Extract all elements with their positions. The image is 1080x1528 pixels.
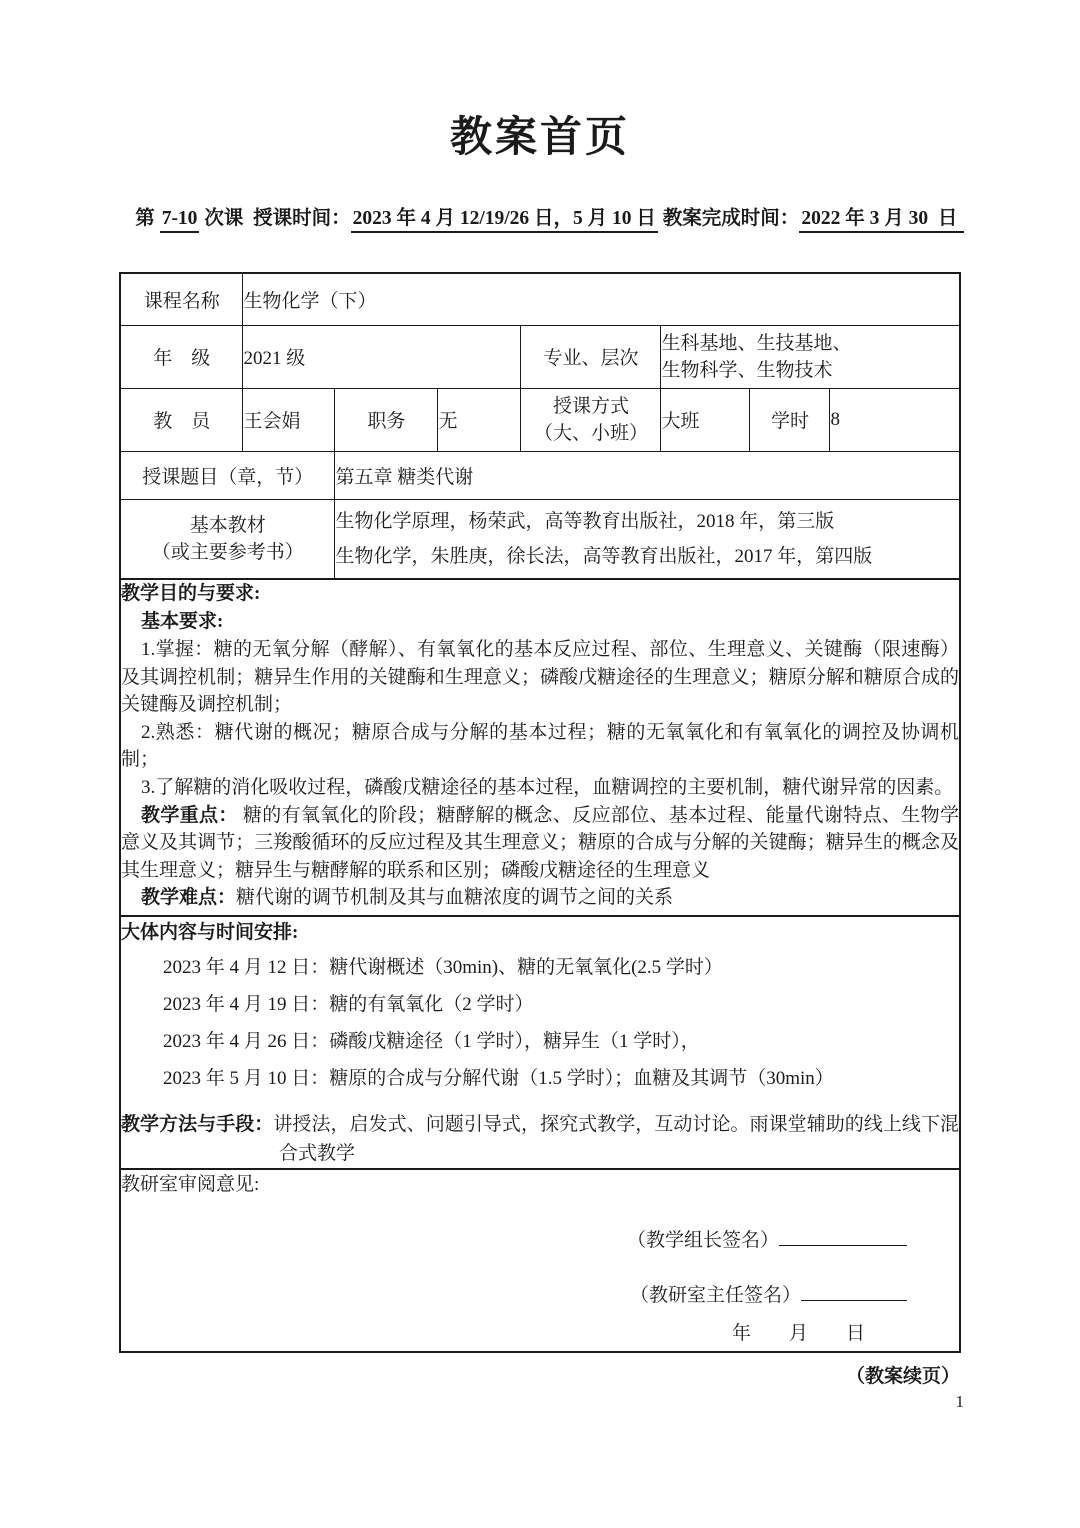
textbook-label: 基本教材 （或主要参考书） bbox=[120, 499, 335, 579]
session-prefix: 第 bbox=[135, 208, 159, 229]
session-info-line: 第 7-10 次课 授课时间：2023 年 4 月 12/19/26 日，5 月… bbox=[0, 180, 1080, 252]
schedule-line: 2023 年 4 月 26 日：磷酸戊糖途径（1 学时），糖异生（1 学时）， bbox=[121, 1023, 959, 1060]
teacher-value: 王会娟 bbox=[243, 388, 335, 451]
director-signature-underline bbox=[801, 1279, 907, 1301]
topic-value: 第五章 糖类代谢 bbox=[335, 451, 960, 499]
major-value: 生科基地、生技基地、 生物科学、生物技术 bbox=[661, 325, 960, 388]
teaching-methods-label: 教学方法与手段： bbox=[121, 1114, 273, 1135]
grade-value: 2021 级 bbox=[243, 325, 521, 388]
key-points: 教学重点： 糖的有氧氧化的阶段；糖酵解的概念、反应部位、基本过程、能量代谢特点、… bbox=[121, 802, 959, 885]
teaching-methods: 教学方法与手段：讲授法，启发式、问题引导式，探究式教学，互动讨论。雨课堂辅助的线… bbox=[121, 1110, 959, 1168]
objective-item: 2.熟悉：糖代谢的概况；糖原合成与分解的基本过程；糖的无氧氧化和有氧氧化的调控及… bbox=[121, 719, 959, 774]
teacher-label: 教 员 bbox=[120, 388, 243, 451]
review-cell: 教研室审阅意见: （教学组长签名） （教研室主任签名） 年 月 日 bbox=[120, 1169, 960, 1352]
schedule-line: 2023 年 5 月 10 日：糖原的合成与分解代谢（1.5 学时）；血糖及其调… bbox=[121, 1060, 959, 1097]
grade-label: 年 级 bbox=[120, 325, 243, 388]
review-section-row: 教研室审阅意见: （教学组长签名） （教研室主任签名） 年 月 日 bbox=[120, 1169, 960, 1352]
signature-block: （教学组长签名） （教研室主任签名） 年 月 日 bbox=[121, 1224, 959, 1348]
completion-time-value: 2022 年 3 月 30 日 bbox=[799, 208, 964, 233]
difficulties-label: 教学难点： bbox=[141, 887, 236, 908]
sign-date-line: 年 月 日 bbox=[121, 1320, 907, 1348]
teaching-time-value: 2023 年 4 月 12/19/26 日，5 月 10 日 bbox=[351, 208, 658, 233]
objectives-section-row: 教学目的与要求: 基本要求: 1.掌握：糖的无氧分解（酵解）、有氧氧化的基本反应… bbox=[120, 579, 960, 916]
table-row: 基本教材 （或主要参考书） 生物化学原理，杨荣武，高等教育出版社，2018 年，… bbox=[120, 499, 960, 579]
page-number: 1 bbox=[956, 1392, 965, 1412]
continuation-note: （教案续页） bbox=[120, 1361, 960, 1388]
table-row: 教 员 王会娟 职务 无 授课方式 （大、小班） 大班 学时 8 bbox=[120, 388, 960, 451]
mode-label-line1: 授课方式 bbox=[521, 393, 660, 420]
key-points-label: 教学重点： bbox=[141, 805, 238, 826]
hours-value: 8 bbox=[830, 388, 960, 451]
course-name-value: 生物化学（下） bbox=[243, 273, 960, 325]
lesson-plan-table: 课程名称 生物化学（下） 年 级 2021 级 专业、层次 生科基地、生技基地、… bbox=[119, 272, 961, 1353]
leader-signature-underline bbox=[779, 1224, 907, 1246]
schedule-cell: 大体内容与时间安排: 2023 年 4 月 12 日：糖代谢概述（30min)、… bbox=[120, 916, 960, 1169]
course-name-label: 课程名称 bbox=[120, 273, 243, 325]
teaching-time-label: 次课 授课时间： bbox=[199, 208, 350, 229]
director-signature-line: （教研室主任签名） bbox=[121, 1279, 907, 1310]
key-points-text: 糖的有氧氧化的阶段；糖酵解的概念、反应部位、基本过程、能量代谢特点、生物学意义及… bbox=[121, 805, 959, 881]
textbook-label-line1: 基本教材 bbox=[121, 512, 335, 539]
leader-signature-line: （教学组长签名） bbox=[121, 1224, 907, 1255]
difficulties-text: 糖代谢的调节机制及其与血糖浓度的调节之间的关系 bbox=[236, 887, 673, 908]
topic-label: 授课题目（章，节） bbox=[120, 451, 335, 499]
schedule-section-row: 大体内容与时间安排: 2023 年 4 月 12 日：糖代谢概述（30min)、… bbox=[120, 916, 960, 1169]
textbook-value: 生物化学原理，杨荣武，高等教育出版社，2018 年，第三版 生物化学，朱胜庚，徐… bbox=[335, 499, 960, 579]
duty-value: 无 bbox=[438, 388, 521, 451]
objective-item: 3.了解糖的消化吸收过程，磷酸戊糖途径的基本过程，血糖调控的主要机制，糖代谢异常… bbox=[121, 774, 959, 802]
objectives-cell: 教学目的与要求: 基本要求: 1.掌握：糖的无氧分解（酵解）、有氧氧化的基本反应… bbox=[120, 579, 960, 916]
schedule-line: 2023 年 4 月 12 日：糖代谢概述（30min)、糖的无氧氧化(2.5 … bbox=[121, 949, 959, 986]
objective-item: 1.掌握：糖的无氧分解（酵解）、有氧氧化的基本反应过程、部位、生理意义、关键酶（… bbox=[121, 636, 959, 719]
difficulties: 教学难点：糖代谢的调节机制及其与血糖浓度的调节之间的关系 bbox=[121, 884, 959, 912]
major-value-line1: 生科基地、生技基地、 bbox=[661, 330, 959, 357]
textbook-line2: 生物化学，朱胜庚，徐长法，高等教育出版社，2017 年，第四版 bbox=[335, 539, 959, 574]
requirements-heading: 基本要求: bbox=[121, 608, 959, 636]
table-row: 课程名称 生物化学（下） bbox=[120, 273, 960, 325]
mode-value: 大班 bbox=[661, 388, 750, 451]
table-row: 年 级 2021 级 专业、层次 生科基地、生技基地、 生物科学、生物技术 bbox=[120, 325, 960, 388]
hours-label: 学时 bbox=[750, 388, 830, 451]
lesson-plan-page: 教案首页 第 7-10 次课 授课时间：2023 年 4 月 12/19/26 … bbox=[0, 0, 1080, 1528]
mode-label: 授课方式 （大、小班） bbox=[521, 388, 661, 451]
review-heading: 教研室审阅意见: bbox=[121, 1170, 959, 1200]
schedule-line: 2023 年 4 月 19 日：糖的有氧氧化（2 学时） bbox=[121, 986, 959, 1023]
mode-label-line2: （大、小班） bbox=[521, 420, 660, 447]
textbook-line1: 生物化学原理，杨荣武，高等教育出版社，2018 年，第三版 bbox=[335, 504, 959, 539]
textbook-label-line2: （或主要参考书） bbox=[121, 539, 335, 566]
major-value-line2: 生物科学、生物技术 bbox=[661, 357, 959, 384]
page-title: 教案首页 bbox=[0, 0, 1080, 164]
duty-label: 职务 bbox=[335, 388, 438, 451]
teaching-methods-text: 讲授法，启发式、问题引导式，探究式教学，互动讨论。雨课堂辅助的线上线下混合式教学 bbox=[273, 1114, 959, 1164]
table-row: 授课题目（章，节） 第五章 糖类代谢 bbox=[120, 451, 960, 499]
session-number: 7-10 bbox=[160, 208, 200, 233]
major-label: 专业、层次 bbox=[521, 325, 661, 388]
completion-time-label: 教案完成时间： bbox=[658, 208, 799, 229]
schedule-heading: 大体内容与时间安排: bbox=[121, 917, 959, 949]
leader-signature-label: （教学组长签名） bbox=[627, 1230, 779, 1251]
objectives-heading: 教学目的与要求: bbox=[121, 580, 959, 608]
director-signature-label: （教研室主任签名） bbox=[630, 1285, 801, 1306]
